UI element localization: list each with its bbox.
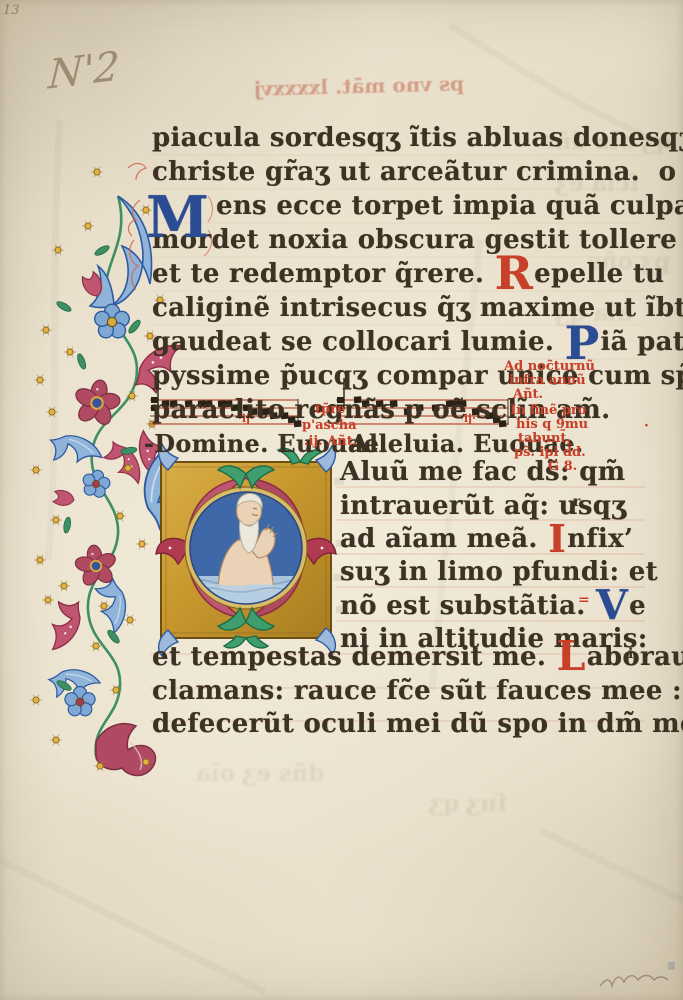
text-segment: ad aĩam meã. [340, 524, 547, 554]
text-segment: pyssime p̃ucqʒ compar unice cum sp̃u [152, 361, 683, 391]
text-line: gaudeat se collocari lumie. Piã pater [152, 326, 683, 358]
rubric-line: tp̃re [315, 402, 357, 418]
rubric: tp̃rep'ascha.ij. Añt. [302, 402, 357, 450]
text-line: et te redemptor q̃rere. Repelle tu [152, 258, 664, 290]
text-segment: nõ est substãtia. [340, 591, 595, 621]
text-segment: caliginẽ intrisecus q̃ʒ maxime ut ĩbtõ [152, 293, 683, 323]
text-segment: aboraui [587, 642, 683, 672]
text-line: intrauerũt aq̃: usqʒ [340, 490, 626, 522]
margin-cue: i [628, 646, 633, 662]
rubric: Ad noc̃turnũinfra annũAñt. [504, 360, 595, 402]
text-segment: e [629, 591, 646, 621]
text-segment: epelle tu [534, 259, 664, 289]
text-line: defecerũt oculi mei dũ spo in dm̃ meũ . [152, 708, 683, 740]
text-segment: et te redemptor q̃rere. [152, 259, 494, 289]
text-segment: christe gr̃aʒ ut arceãtur crimina. o [152, 157, 676, 187]
margin-cue: = [578, 592, 590, 608]
text-line: nõ est substãtia. Ve [340, 590, 646, 622]
text-segment: defecerũt oculi mei dũ spo in dm̃ meũ . [152, 709, 683, 739]
initial-m: M [146, 189, 209, 246]
rubric-line: p'ascha [302, 418, 357, 434]
rubric-line: Ad noc̃turnũ [504, 360, 595, 374]
manuscript-page: 13 N'2 ps vno mãt. lxxxxvj qʒ oĩa dñeſcĩ… [0, 0, 683, 1000]
text-line: piacula sordesqʒ ĩtis abluas donesqʒ [152, 122, 683, 154]
text-segment: gaudeat se collocari lumie. [152, 327, 564, 357]
rubric-line: .ij. Añt. [304, 434, 357, 450]
margin-cue: r [573, 494, 580, 510]
text-segment: clamans: rauce fc̃e sũt fauces mee : [152, 676, 682, 706]
rubric-line: infra annũ [509, 374, 595, 388]
text-segment: ens ecce torpet impia quã culpa [216, 191, 683, 221]
text-block: piacula sordesqʒ ĩtis abluas donesqʒchri… [0, 0, 683, 1000]
text-segment: piacula sordesqʒ ĩtis abluas donesqʒ [152, 123, 683, 153]
margin-cue: · [644, 418, 649, 434]
text-segment: mordet noxia obscura gestit tollere [152, 225, 677, 255]
rubric-line: G 8. [548, 460, 588, 474]
text-line: christe gr̃aʒ ut arceãtur crimina. o [152, 156, 676, 188]
text-segment: intrauerũt aq̃: usqʒ [340, 491, 626, 521]
text-line: clamans: rauce fc̃e sũt fauces mee : [152, 675, 682, 707]
text-segment: iã pater [600, 327, 683, 357]
text-line: ad aĩam meã. Infix’ [340, 523, 633, 555]
rubric-line: ps̃. ipi d̃d. [514, 446, 588, 460]
text-line: caliginẽ intrisecus q̃ʒ maxime ut ĩbtõ [152, 292, 683, 324]
text-segment: nfix’ [567, 524, 633, 554]
rubric-line: tabunt̃. [518, 432, 588, 446]
rubric: In finẽ prohis q 9mutabunt̃.ps̃. ipi d̃d… [510, 404, 588, 474]
text-line: mordet noxia obscura gestit tollere [152, 224, 677, 256]
text-segment: et tempestas demersit me. [152, 642, 556, 672]
rubric-line: Añt. [513, 388, 595, 402]
rubric-line: his q 9mu [516, 418, 588, 432]
text-line: et tempestas demersit me. Laboraui [152, 641, 683, 673]
text-line: pyssime p̃ucqʒ compar unice cum sp̃u [152, 360, 683, 392]
text-line: ens ecce torpet impia quã culpa [216, 190, 683, 222]
rubric-line: In finẽ pro [510, 404, 588, 418]
